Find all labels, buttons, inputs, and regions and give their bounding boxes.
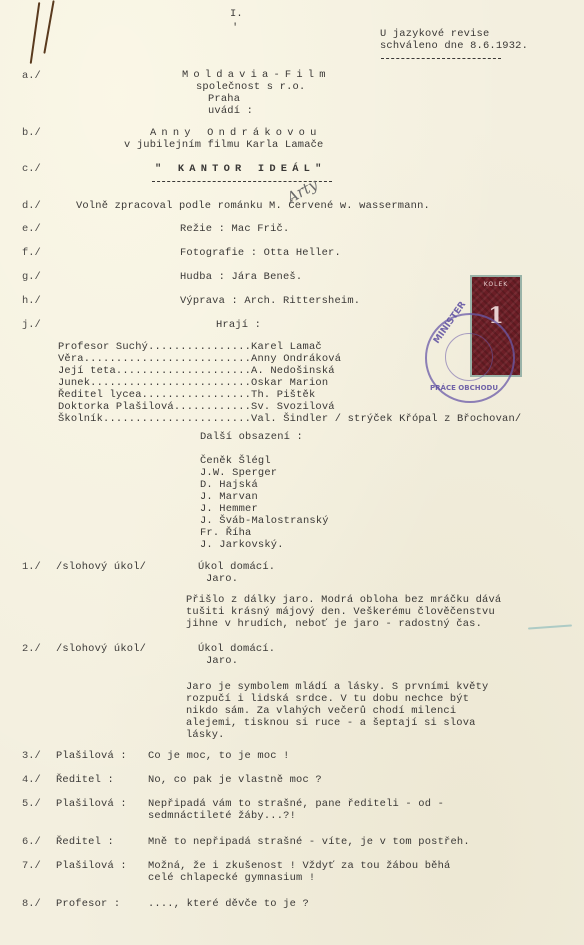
dialogue-line: Nepřipadá vám to strašné, pane řediteli … [148,798,444,810]
credit-music: Hudba : Jára Beneš. [180,271,302,283]
dialogue-speaker: Profesor : [56,898,120,910]
section-label-e: e./ [22,223,41,235]
dialogue-speaker: Ředitel : [56,836,114,848]
dialogue-label: 4./ [22,774,41,786]
essay-heading: Úkol domácí. [198,643,275,655]
section-label-b: b./ [22,127,41,139]
dialogue-line: Co je moc, to je moc ! [148,750,290,762]
page-number: I. [230,8,243,20]
dialogue-label: 3./ [22,750,41,762]
dialogue-label: 5./ [22,798,41,810]
further-cast-item: Fr. Říha [200,527,251,539]
company-sub: společnost s r.o. [196,81,305,93]
ministry-stamp-text-bottom: PRÁCE OBCHODU [430,384,498,392]
further-cast-heading: Další obsazení : [200,431,303,443]
section-label-h: h./ [22,295,41,307]
essay-label: 1./ [22,561,41,573]
essay-body-line: jihne v hrudích, neboť je jaro - radostn… [186,618,482,630]
cast-row: Její teta.....................A. Nedošin… [58,365,335,377]
dialogue-line: Mně to nepřipadá strašné - víte, je v to… [148,836,470,848]
section-label-g: g./ [22,271,41,283]
essay-body-line: lásky. [186,729,225,741]
revision-underline [381,58,501,59]
dialogue-label: 6./ [22,836,41,848]
dialogue-line: sedmnáctileté žáby...?! [148,810,296,822]
dialogue-line: ...., které děvče to je ? [148,898,309,910]
credit-adaptation: Volně zpracoval podle románku M. Červené… [76,200,430,212]
cast-row: Junek.........................Oskar Mari… [58,377,328,389]
cast-row: Ředitel lycea.................Th. Pištěk [58,389,315,401]
essay-body-line: tušiti krásný májový den. Veškerému člov… [186,606,495,618]
essay-subheading: Jaro. [206,573,238,585]
dialogue-line: No, co pak je vlastně moc ? [148,774,322,786]
further-cast-item: D. Hajská [200,479,258,491]
section-label-c: c./ [22,163,41,175]
further-cast-item: J.W. Sperger [200,467,277,479]
credit-photography: Fotografie : Otta Heller. [180,247,341,259]
star-name: Anny Ondrákovou [150,127,322,139]
dialogue-speaker: Plašilová : [56,750,127,762]
cast-row: Věra..........................Anny Ondrá… [58,353,341,365]
essay-body-line: Jaro je symbolem mládí a lásky. S prvním… [186,681,488,693]
section-label-f: f./ [22,247,41,259]
essay-body-line: Přišlo z dálky jaro. Modrá obloha bez mr… [186,594,501,606]
dialogue-label: 7./ [22,860,41,872]
essay-body-line: rozpučí i lidská srdce. V tu dobu nechce… [186,693,469,705]
dialogue-label: 8./ [22,898,41,910]
essay-type: /slohový úkol/ [56,643,146,655]
section-label-a: a./ [22,70,41,82]
cast-row: Školník.......................Val. Šindl… [58,413,521,425]
further-cast-item: J. Hemmer [200,503,258,515]
dialogue-speaker: Plašilová : [56,798,127,810]
ink-stroke [43,0,54,54]
film-title: " KANTOR IDEÁL" [155,163,327,175]
ministry-stamp-emblem [445,333,493,381]
dialogue-speaker: Ředitel : [56,774,114,786]
tagline: v jubilejním filmu Karla Lamače [124,139,324,151]
essay-body-line: nikdo sám. Za vlahých večerů chodí milen… [186,705,456,717]
further-cast-item: Čeněk Šlégl [200,455,271,467]
dialogue-speaker: Plašilová : [56,860,127,872]
section-label-d: d./ [22,200,41,212]
further-cast-item: J. Marvan [200,491,258,503]
essay-body-line: alejemi, tisknou si ruce - a šeptají si … [186,717,476,729]
dialogue-line: Možná, že i zkušenost ! Vždyť za tou žáb… [148,860,450,872]
credit-director: Režie : Mac Frič. [180,223,289,235]
company-name: Moldavia-Film [182,69,331,81]
cast-row: Doktorka Plašilová............Sv. Svozil… [58,401,335,413]
essay-label: 2./ [22,643,41,655]
green-pencil-mark [528,624,572,629]
revenue-stamp-label: KOLEK [472,281,520,288]
credit-design: Výprava : Arch. Rittersheim. [180,295,360,307]
ink-stroke [30,2,41,64]
company-city: Praha [208,93,240,105]
revision-note-line1: U jazykové revise [380,28,489,40]
essay-heading: Úkol domácí. [198,561,275,573]
dialogue-line: celé chlapecké gymnasium ! [148,872,315,884]
cast-row: Profesor Suchý................Karel Lama… [58,341,322,353]
essay-subheading: Jaro. [206,655,238,667]
further-cast-item: J. Šváb-Malostranský [200,515,329,527]
cast-heading: Hrají : [216,319,261,331]
presents: uvádí : [208,105,253,117]
section-label-j: j./ [22,319,41,331]
essay-type: /slohový úkol/ [56,561,146,573]
page-dot: ' [232,22,238,34]
revision-note-line2: schváleno dne 8.6.1932. [380,40,528,52]
further-cast-item: J. Jarkovský. [200,539,284,551]
